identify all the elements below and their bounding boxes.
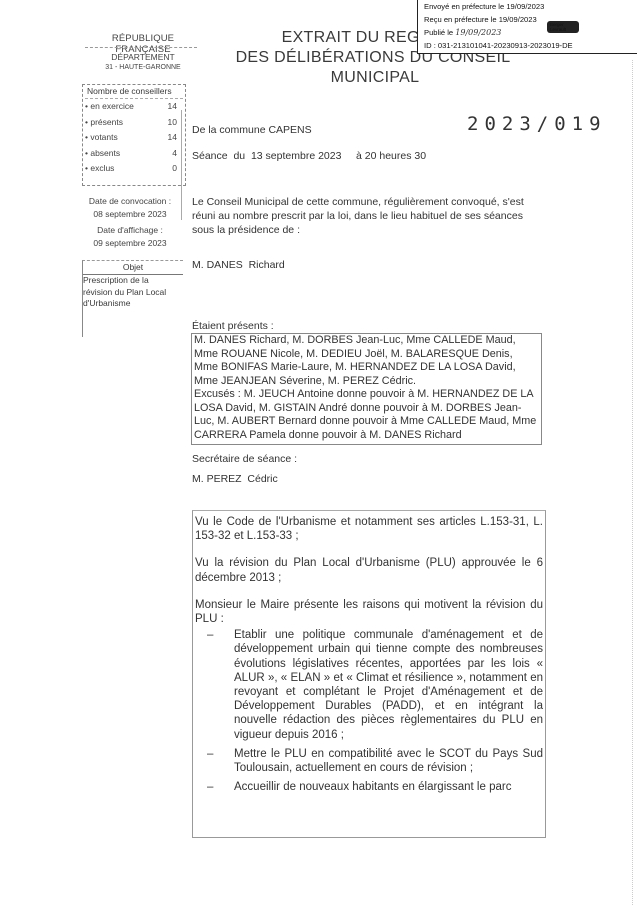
reasons-list: Etablir une politique communale d'aménag…: [195, 628, 543, 794]
affichage-label: Date d'affichage :: [80, 225, 180, 235]
commune: De la commune CAPENS: [192, 124, 312, 138]
objet-text: Prescription de la révision du Plan Loca…: [83, 275, 178, 310]
stamp-published: Publié le 19/09/2023: [424, 27, 501, 39]
objet-title: Objet: [83, 261, 183, 275]
deliberation-box: Vu le Code de l'Urbanisme et notamment s…: [192, 510, 546, 838]
seance: Séance du 13 septembre 2023 à 20 heures …: [192, 150, 426, 164]
deliberation-number: 2023/019: [467, 113, 607, 135]
secretary-label: Secrétaire de séance :: [192, 453, 297, 467]
attendance-box: M. DANES Richard, M. DORBES Jean-Luc, Mm…: [191, 333, 542, 445]
excuses-list: Excusés : M. JEUCH Antoine donne pouvoir…: [194, 388, 539, 442]
stamp-id: ID : 031-213101041-20230913-2023019-DE: [424, 40, 573, 52]
vu-code-urbanisme: Vu le Code de l'Urbanisme et notamment s…: [195, 515, 543, 543]
published-date: 19/09/2023: [455, 28, 501, 37]
reason-item: Etablir une politique communale d'aménag…: [207, 628, 543, 742]
counter-row: • absents4: [85, 146, 177, 162]
presents-list: M. DANES Richard, M. DORBES Jean-Luc, Mm…: [194, 334, 539, 388]
counter-row: • présents10: [85, 115, 177, 131]
presents-label: Étaient présents :: [192, 320, 274, 334]
counter-row: • en exercice14: [85, 99, 177, 115]
margin-line: [181, 110, 182, 220]
counters-box: Nombre de conseillers • en exercice14 • …: [82, 84, 186, 186]
stamp-received: Reçu en préfecture le 19/09/2023: [424, 14, 537, 26]
counter-row: • votants14: [85, 130, 177, 146]
stamp-sent: Envoyé en préfecture le 19/09/2023: [424, 1, 544, 13]
title-line-3: MUNICIPAL: [290, 69, 460, 87]
president: M. DANES Richard: [192, 259, 285, 273]
convocation-label: Date de convocation :: [80, 196, 180, 206]
intro-paragraph: Le Conseil Municipal de cette commune, r…: [192, 195, 527, 237]
affichage-date: 09 septembre 2023: [80, 238, 180, 248]
secretary: M. PEREZ Cédric: [192, 473, 278, 487]
maire-intro: Monsieur le Maire présente les raisons q…: [195, 598, 543, 626]
department-label: DÉPARTEMENT: [90, 52, 196, 62]
department-value: 31 - HAUTE-GARONNE: [90, 64, 196, 71]
convocation-date: 08 septembre 2023: [80, 209, 180, 219]
counters-title: Nombre de conseillers: [85, 85, 183, 99]
reason-item: Accueillir de nouveaux habitants en élar…: [207, 780, 543, 794]
reason-item: Mettre le PLU en compatibilité avec le S…: [207, 747, 543, 775]
objet-box: Objet Prescription de la révision du Pla…: [82, 260, 183, 337]
vu-revision-plu: Vu la révision du Plan Local d'Urbanisme…: [195, 556, 543, 584]
divider: [85, 47, 197, 48]
scan-edge: [632, 60, 633, 905]
prefecture-stamp: Envoyé en préfecture le 19/09/2023 Reçu …: [417, 0, 637, 54]
counter-row: • exclus0: [85, 161, 177, 177]
counters-list: • en exercice14 • présents10 • votants14…: [85, 99, 183, 177]
signature-badge: Berger Levrault: [547, 21, 579, 33]
